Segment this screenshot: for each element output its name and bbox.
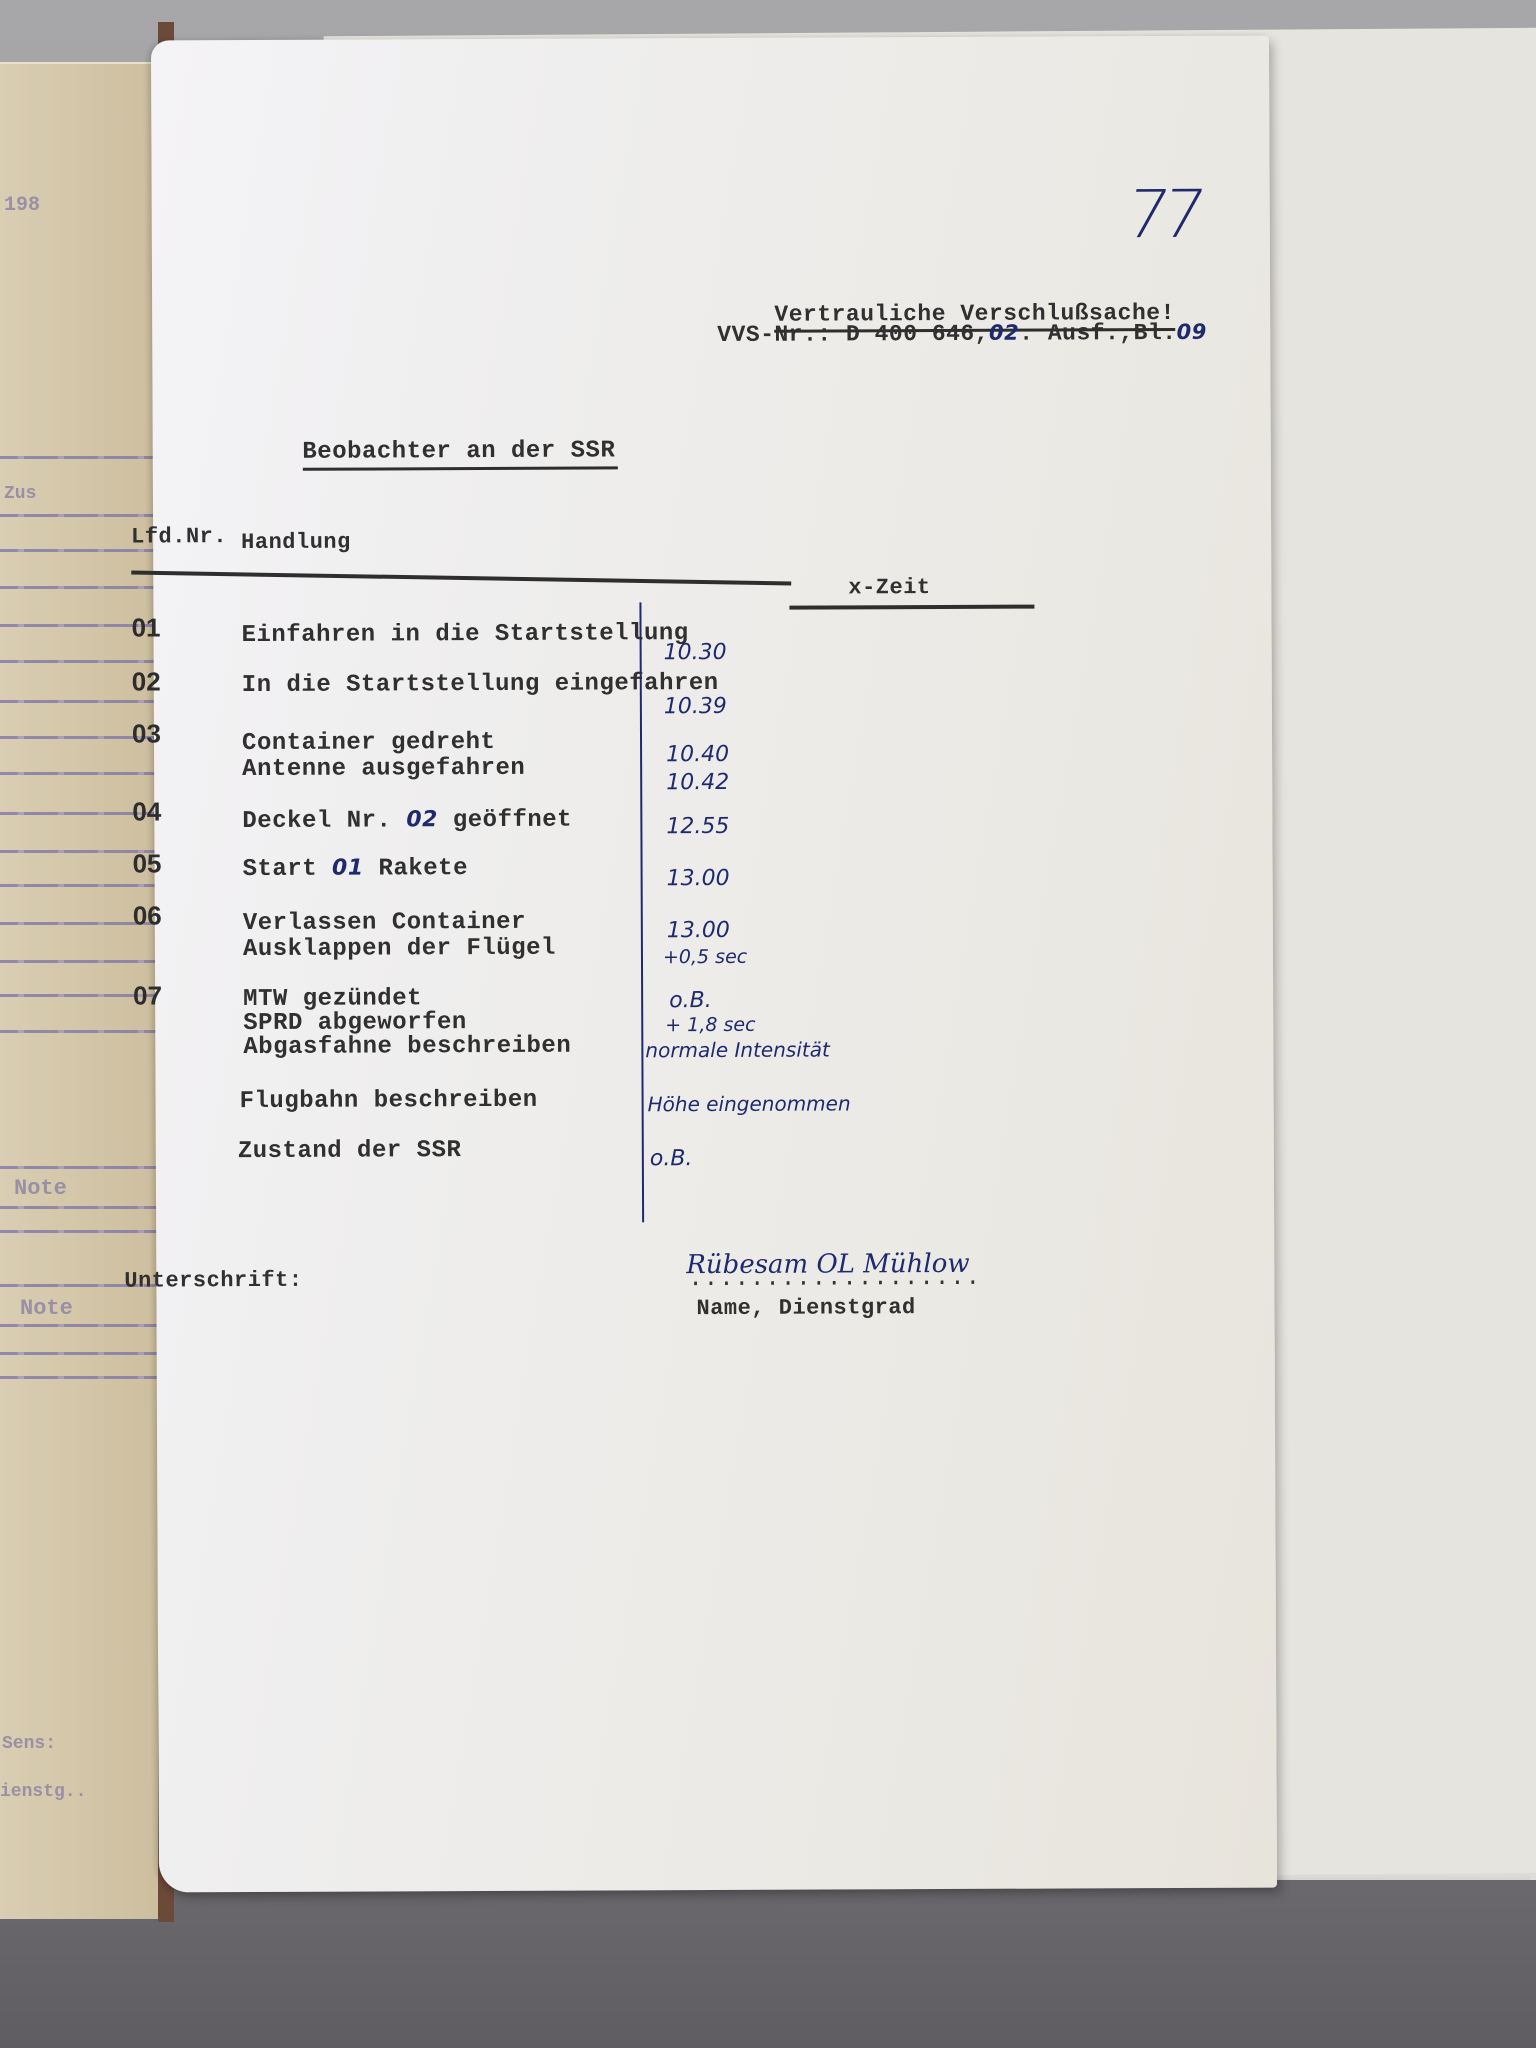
row-time: 12.55 — [666, 814, 729, 839]
row-action: Einfahren in die Startstellung — [242, 620, 689, 649]
reference-sheet-number: 09 — [1177, 320, 1207, 344]
row-time: 13.00 — [667, 866, 730, 891]
row-action: Abgasfahne beschreiben — [243, 1033, 571, 1061]
action-text: geöffnet — [453, 807, 572, 835]
left-page-stamp-label: Zus — [4, 484, 36, 504]
stamp-line — [0, 700, 165, 703]
reference-number: VVS-Nr.: D 400 646,02. Ausf.,Bl.09 — [717, 320, 1207, 348]
row-time: +0,5 sec — [663, 946, 747, 968]
row-action: In die Startstellung eingefahren — [242, 670, 719, 699]
handwritten-fill-number: 01 — [332, 856, 364, 881]
row-number: 06 — [133, 900, 162, 931]
stamp-line — [0, 772, 165, 775]
document-title-text: Beobachter an der SSR — [302, 437, 617, 470]
stamp-line — [0, 514, 165, 517]
header-rule — [131, 571, 791, 586]
stamp-line — [0, 1030, 165, 1033]
row-time: 10.40 — [666, 742, 729, 767]
row-action: Verlassen Container — [243, 909, 526, 937]
row-time: 13.00 — [667, 918, 730, 943]
stamp-line — [0, 1352, 165, 1355]
row-action: Container gedreht — [242, 729, 495, 757]
stamp-line — [0, 1166, 165, 1169]
stamp-line — [0, 660, 165, 663]
row-time: o.B. — [650, 1146, 693, 1171]
row-time: + 1,8 sec — [665, 1014, 755, 1036]
stamp-line — [0, 960, 165, 963]
handwritten-fill-number: 02 — [406, 807, 438, 832]
reference-copy-number: 02 — [989, 321, 1019, 345]
row-time: normale Intensität — [645, 1037, 830, 1062]
document-sheet: 77 Vertrauliche Verschlußsache! VVS-Nr.:… — [151, 36, 1277, 1893]
reference-prefix: VVS-Nr.: D 400 646, — [717, 321, 989, 348]
signature-caption: Name, Dienstgrad — [696, 1295, 915, 1321]
document-title: Beobachter an der SSR — [243, 410, 618, 493]
left-page-note-label: Note — [14, 1176, 67, 1201]
row-time: o.B. — [669, 988, 712, 1013]
stamp-line — [0, 884, 165, 887]
stamp-line — [0, 1324, 165, 1327]
left-page-note-label: Note — [20, 1296, 73, 1321]
row-time: 10.39 — [664, 694, 727, 719]
row-number: 05 — [132, 848, 161, 879]
row-time: Höhe eingenommen — [648, 1091, 851, 1116]
handwritten-page-number: 77 — [1120, 176, 1205, 253]
left-page-fragment: ienstg.. — [0, 1782, 86, 1802]
left-page-fragment: Sens: — [2, 1734, 56, 1754]
stamp-line — [0, 1230, 165, 1233]
row-time: 10.42 — [666, 770, 729, 795]
row-action: Ausklappen der Flügel — [243, 935, 556, 963]
row-time: 10.30 — [664, 640, 727, 665]
action-text: Rakete — [378, 855, 468, 882]
row-action: Deckel Nr. 02 geöffnet — [242, 807, 572, 835]
row-action: Flugbahn beschreiben — [240, 1087, 538, 1115]
column-header-number: Lfd.Nr. — [131, 524, 227, 549]
reference-copy-suffix: . Ausf.,Bl. — [1019, 320, 1176, 347]
action-text: Deckel Nr. — [242, 807, 391, 835]
stamp-line — [0, 586, 165, 589]
column-header-time: x-Zeit — [848, 575, 930, 600]
left-page-fragment-number: 198 — [4, 194, 40, 217]
signature-label: Unterschrift: — [124, 1268, 302, 1294]
row-number: 01 — [131, 612, 160, 643]
stamp-line — [0, 1206, 165, 1209]
row-action: Start 01 Rakete — [243, 855, 468, 883]
header-rule-time — [789, 605, 1034, 610]
row-action: Antenne ausgefahren — [242, 755, 525, 783]
row-number: 04 — [132, 796, 161, 827]
row-number: 03 — [132, 718, 161, 749]
action-text: Start — [243, 856, 318, 883]
stamp-line — [0, 1376, 165, 1379]
column-header-action: Handlung — [241, 530, 351, 555]
row-number: 02 — [132, 666, 161, 697]
row-number: 07 — [133, 980, 162, 1011]
signature-dotted-line: ................... — [688, 1265, 981, 1293]
row-action: Zustand der SSR — [238, 1137, 462, 1165]
stamp-line — [0, 456, 165, 459]
